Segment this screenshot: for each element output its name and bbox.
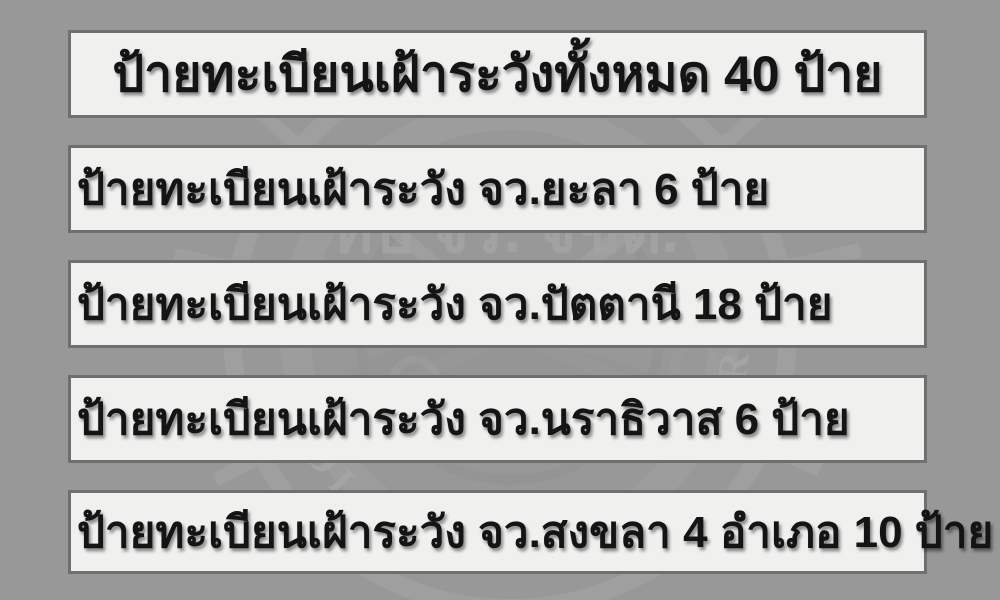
banner-yala: ป้ายทะเบียนเฝ้าระวัง จว.ยะลา 6 ป้าย bbox=[68, 145, 927, 233]
banner-pattani: ป้ายทะเบียนเฝ้าระวัง จว.ปัตตานี 18 ป้าย bbox=[68, 260, 927, 348]
banner-pattani-label: ป้ายทะเบียนเฝ้าระวัง จว.ปัตตานี 18 ป้าย bbox=[71, 269, 924, 339]
banner-total: ป้ายทะเบียนเฝ้าระวังทั้งหมด 40 ป้าย bbox=[68, 30, 927, 118]
banner-narathiwat: ป้ายทะเบียนเฝ้าระวัง จว.นราธิวาส 6 ป้าย bbox=[68, 375, 927, 463]
banner-songkhla: ป้ายทะเบียนเฝ้าระวัง จว.สงขลา 4 อำเภอ 10… bbox=[68, 490, 927, 574]
banner-total-label: ป้ายทะเบียนเฝ้าระวังทั้งหมด 40 ป้าย bbox=[71, 35, 924, 114]
banner-songkhla-label: ป้ายทะเบียนเฝ้าระวัง จว.สงขลา 4 อำเภอ 10… bbox=[71, 497, 930, 567]
banner-narathiwat-label: ป้ายทะเบียนเฝ้าระวัง จว.นราธิวาส 6 ป้าย bbox=[71, 384, 924, 454]
banner-yala-label: ป้ายทะเบียนเฝ้าระวัง จว.ยะลา 6 ป้าย bbox=[71, 154, 924, 224]
slide-canvas: EP POL THE PR ทบ จร. จชต. ป้ายทะเบียนเฝ้… bbox=[0, 0, 1000, 600]
